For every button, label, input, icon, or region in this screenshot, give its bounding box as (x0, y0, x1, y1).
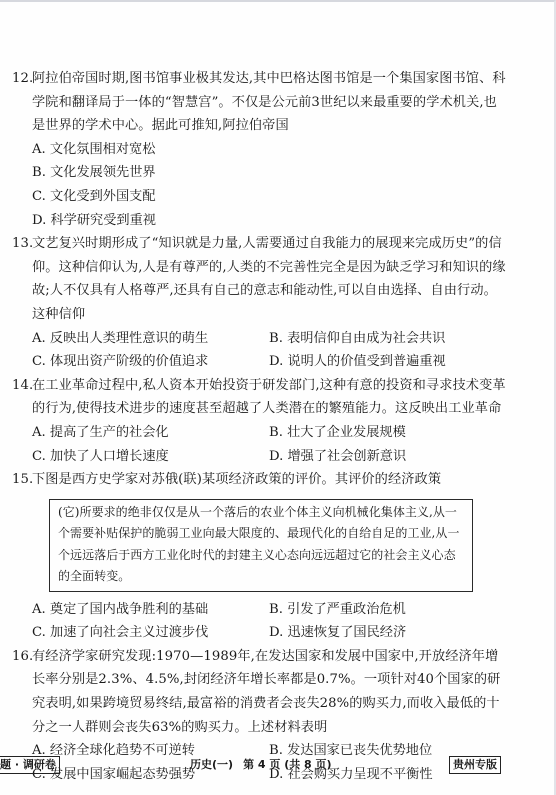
option-a[interactable]: A. 奠定了国内战争胜利的基础 (32, 598, 269, 622)
question-14: 14.在工业革命过程中,私人资本开始投资于研发部门,这种有意的投资和寻求技术变革… (12, 374, 507, 468)
options: A. 提高了生产的社会化 B. 壮大了企业发展规模 C. 加快了人口增长速度 D… (12, 421, 507, 468)
subject-label: 历史(一) (190, 758, 233, 771)
option-b[interactable]: B. 表明信仰自由成为社会共识 (269, 327, 506, 351)
edition-tag: 贵州专版 (449, 756, 501, 774)
question-15: 15.下图是西方史学家对苏俄(联)某项经济政策的评价。其评价的经济政策 (它)所… (12, 468, 507, 645)
question-number: 16. (12, 645, 32, 669)
option-d[interactable]: D. 科学研究受到重视 (32, 209, 507, 233)
question-number: 13. (12, 232, 32, 256)
option-b[interactable]: B. 壮大了企业发展规模 (269, 421, 506, 445)
question-stem: 12.阿拉伯帝国时期,图书馆事业极其发达,其中巴格达图书馆是一个集国家图书馆、科… (12, 67, 507, 138)
question-text: 阿拉伯帝国时期,图书馆事业极其发达,其中巴格达图书馆是一个集国家图书馆、科学院和… (32, 71, 506, 133)
exam-page: 12.阿拉伯帝国时期,图书馆事业极其发达,其中巴格达图书馆是一个集国家图书馆、科… (0, 0, 556, 795)
option-a[interactable]: A. 反映出人类理性意识的萌生 (32, 327, 269, 351)
question-list: 12.阿拉伯帝国时期,图书馆事业极其发达,其中巴格达图书馆是一个集国家图书馆、科… (12, 67, 507, 786)
question-12: 12.阿拉伯帝国时期,图书馆事业极其发达,其中巴格达图书馆是一个集国家图书馆、科… (12, 67, 507, 232)
question-number: 14. (12, 374, 32, 398)
page-footer: 题 · 调研卷 历史(一)第 4 页 (共 8 页) 贵州专版 (0, 755, 556, 775)
option-b[interactable]: B. 文化发展领先世界 (32, 161, 507, 185)
page-number: 第 4 页 (共 8 页) (243, 758, 332, 771)
option-b[interactable]: B. 引发了严重政治危机 (269, 598, 506, 622)
quote-material-box: (它)所要求的绝非仅仅是从一个落后的农业个体主义向机械化集体主义,从一个需要补贴… (49, 499, 473, 592)
question-13: 13.文艺复兴时期形成了“知识就是力量,人需要通过自我能力的展现来完成历史”的信… (12, 232, 507, 374)
options: A. 文化氛围相对宽松 B. 文化发展领先世界 C. 文化受到外国支配 D. 科… (12, 138, 507, 232)
question-text: 在工业革命过程中,私人资本开始投资于研发部门,这种有意的投资和寻求技术变革的行为… (32, 378, 506, 417)
option-c[interactable]: C. 加快了人口增长速度 (32, 445, 269, 469)
option-a[interactable]: A. 提高了生产的社会化 (32, 421, 269, 445)
options: A. 反映出人类理性意识的萌生 B. 表明信仰自由成为社会共识 C. 体现出资产… (12, 327, 507, 374)
question-text: 下图是西方史学家对苏俄(联)某项经济政策的评价。其评价的经济政策 (32, 472, 441, 487)
question-stem: 13.文艺复兴时期形成了“知识就是力量,人需要通过自我能力的展现来完成历史”的信… (12, 232, 507, 326)
option-c[interactable]: C. 体现出资产阶级的价值追求 (32, 350, 269, 374)
options: A. 奠定了国内战争胜利的基础 B. 引发了严重政治危机 C. 加速了向社会主义… (12, 598, 507, 645)
option-a[interactable]: A. 文化氛围相对宽松 (32, 138, 507, 162)
page-indicator: 历史(一)第 4 页 (共 8 页) (190, 758, 332, 772)
question-stem: 15.下图是西方史学家对苏俄(联)某项经济政策的评价。其评价的经济政策 (12, 468, 507, 492)
question-stem: 14.在工业革命过程中,私人资本开始投资于研发部门,这种有意的投资和寻求技术变革… (12, 374, 507, 421)
question-number: 15. (12, 468, 32, 492)
option-c[interactable]: C. 文化受到外国支配 (32, 185, 507, 209)
option-c[interactable]: C. 加速了向社会主义过渡步伐 (32, 621, 269, 645)
question-text: 有经济学家研究发现:1970—1989年,在发达国家和发展中国家中,开放经济年增… (32, 649, 500, 735)
exam-type-tag: 题 · 调研卷 (0, 756, 60, 774)
option-d[interactable]: D. 增强了社会创新意识 (269, 445, 506, 469)
question-number: 12. (12, 67, 32, 91)
option-d[interactable]: D. 迅速恢复了国民经济 (269, 621, 506, 645)
question-stem: 16.有经济学家研究发现:1970—1989年,在发达国家和发展中国家中,开放经… (12, 645, 507, 739)
option-d[interactable]: D. 说明人的价值受到普遍重视 (269, 350, 506, 374)
question-text: 文艺复兴时期形成了“知识就是力量,人需要通过自我能力的展现来完成历史”的信仰。这… (32, 236, 506, 322)
